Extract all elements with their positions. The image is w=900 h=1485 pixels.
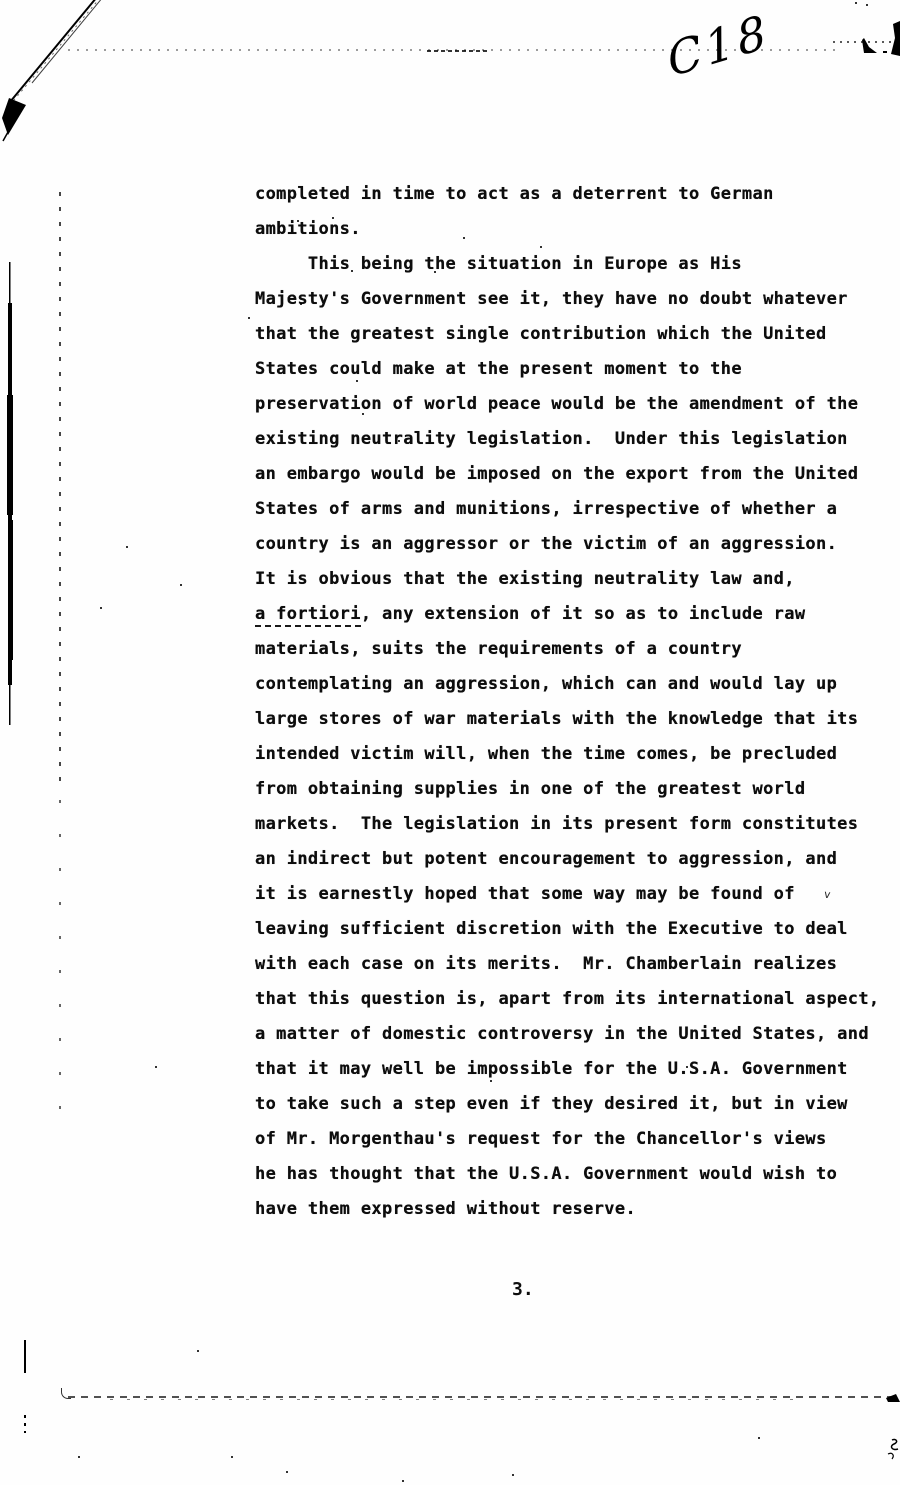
handwritten-annotation-c18: C18 (663, 3, 774, 87)
typed-line: ambitions. (255, 212, 880, 247)
typed-line: It is obvious that the existing neutrali… (255, 562, 880, 597)
typed-line: that this question is, apart from its in… (255, 982, 880, 1017)
typed-line: completed in time to act as a deterrent … (255, 177, 880, 212)
typed-line: materials, suits the requirements of a c… (255, 632, 880, 667)
bottom-separator-end-blob (886, 1394, 900, 1404)
page-number: 3. (512, 1279, 534, 1300)
underlined-phrase: a fortiori (255, 604, 361, 627)
typed-line: have them expressed without reserve. (255, 1192, 880, 1227)
typed-line: he has thought that the U.S.A. Governmen… (255, 1157, 880, 1192)
typed-line: country is an aggressor or the victim of… (255, 527, 880, 562)
typed-line: intended victim will, when the time come… (255, 737, 880, 772)
typed-line: to take such a step even if they desired… (255, 1087, 880, 1122)
typed-line: from obtaining supplies in one of the gr… (255, 772, 880, 807)
left-margin-dotted-line-lower (59, 800, 61, 1140)
crease-mark-top-left (0, 0, 130, 150)
ink-specks (0, 0, 2, 2)
left-margin-dotted-line (59, 192, 61, 792)
typed-line: States could make at the present moment … (255, 352, 880, 387)
typed-line: Majesty's Government see it, they have n… (255, 282, 880, 317)
bottom-separator-dashed-overlay (110, 1399, 800, 1400)
typed-line: markets. The legislation in its present … (255, 807, 880, 842)
bottom-separator-hook (61, 1388, 71, 1399)
typed-line: of Mr. Morgenthau's request for the Chan… (255, 1122, 880, 1157)
typed-line: a fortiori, any extension of it so as to… (255, 597, 880, 632)
typed-line: existing neutrality legislation. Under t… (255, 422, 880, 457)
top-dotted-rule-segment (427, 50, 489, 52)
bottom-right-squiggle-mark (886, 1438, 900, 1464)
scanned-document-page: C18 completed in time to act as a deterr… (0, 0, 900, 1485)
left-margin-line (0, 250, 30, 810)
stray-mark: v (823, 888, 831, 902)
typed-line: large stores of war materials with the k… (255, 702, 880, 737)
typed-line: a matter of domestic controversy in the … (255, 1017, 880, 1052)
typed-line: an indirect but potent encouragement to … (255, 842, 880, 877)
typed-line: preservation of world peace would be the… (255, 387, 880, 422)
top-dotted-rule-right-segment (833, 41, 893, 43)
typed-line: leaving sufficient discretion with the E… (255, 912, 880, 947)
typed-line: an embargo would be imposed on the expor… (255, 457, 880, 492)
typed-line: it is earnestly hoped that some way may … (255, 877, 880, 912)
document-body-text: completed in time to act as a deterrent … (255, 177, 880, 1227)
left-margin-short-dots (24, 1415, 26, 1433)
typed-line: contemplating an aggression, which can a… (255, 667, 880, 702)
typed-line: that it may well be impossible for the U… (255, 1052, 880, 1087)
binding-mark-top-right (855, 18, 900, 63)
bottom-separator-dashed-line (68, 1396, 896, 1398)
left-margin-short-line (24, 1340, 26, 1373)
typed-line: This being the situation in Europe as Hi… (255, 247, 880, 282)
typed-line: States of arms and munitions, irrespecti… (255, 492, 880, 527)
typed-line: that the greatest single contribution wh… (255, 317, 880, 352)
typed-line: with each case on its merits. Mr. Chambe… (255, 947, 880, 982)
